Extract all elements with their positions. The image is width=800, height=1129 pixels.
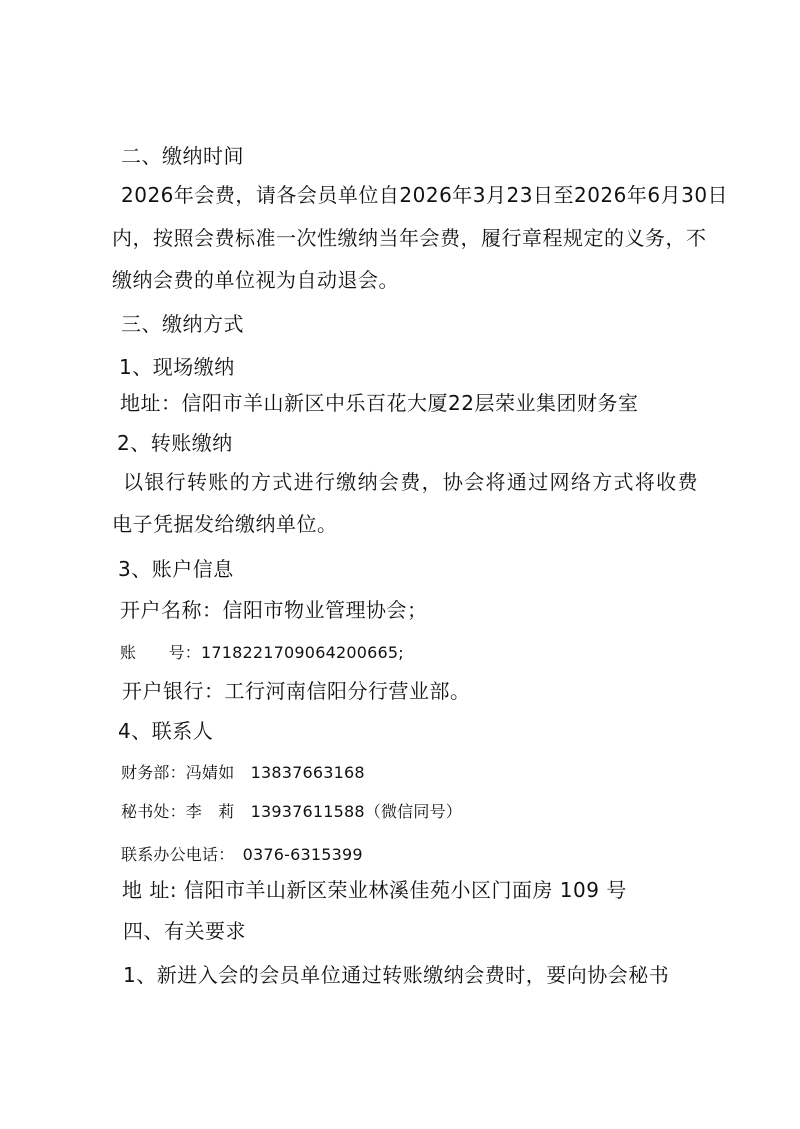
payment-time-paragraph-line-3: 缴纳会费的单位视为自动退会。 <box>112 266 399 294</box>
section-heading-payment-method: 三、缴纳方式 <box>121 310 244 338</box>
subheading-onsite-payment: 1、现场缴纳 <box>119 353 235 381</box>
payment-time-paragraph-line-1: 2026年会费，请各会员单位自2026年3月23日至2026年6月30日 <box>121 181 698 209</box>
subheading-account-info: 3、账户信息 <box>118 555 234 583</box>
account-number-row: 账 号：1718221709064200665; <box>120 639 404 667</box>
account-number-value: 1718221709064200665; <box>201 643 404 662</box>
transfer-payment-paragraph-line-1: 以银行转账的方式进行缴纳会费，协会将通过网络方式将收费 <box>123 468 698 496</box>
bank-name: 开户银行：工行河南信阳分行营业部。 <box>122 677 471 705</box>
subheading-transfer-payment: 2、转账缴纳 <box>117 429 233 457</box>
contact-office-phone: 联系办公电话： 0376-6315399 <box>121 841 363 869</box>
document-page: 二、缴纳时间 2026年会费，请各会员单位自2026年3月23日至2026年6月… <box>0 0 800 1129</box>
requirements-item-1-line-1: 1、新进入会的会员单位通过转账缴纳会费时，要向协会秘书 <box>123 961 669 989</box>
account-name: 开户名称：信阳市物业管理协会； <box>120 596 428 624</box>
contact-secretariat: 秘书处：李 莉 13937611588（微信同号） <box>121 798 462 826</box>
payment-time-paragraph-line-2: 内，按照会费标准一次性缴纳当年会费，履行章程规定的义务，不 <box>112 224 698 252</box>
section-heading-requirements: 四、有关要求 <box>123 917 246 945</box>
subheading-contacts: 4、联系人 <box>118 717 213 745</box>
contact-address: 地 址: 信阳市羊山新区荣业林溪佳苑小区门面房 109 号 <box>122 876 627 904</box>
section-heading-payment-time: 二、缴纳时间 <box>121 142 244 170</box>
onsite-payment-address: 地址：信阳市羊山新区中乐百花大厦22层荣业集团财务室 <box>120 389 638 417</box>
contact-finance: 财务部：冯婧如 13837663168 <box>121 759 365 787</box>
transfer-payment-paragraph-line-2: 电子凭据发给缴纳单位。 <box>112 510 338 538</box>
account-number-label: 账 号： <box>120 643 201 662</box>
